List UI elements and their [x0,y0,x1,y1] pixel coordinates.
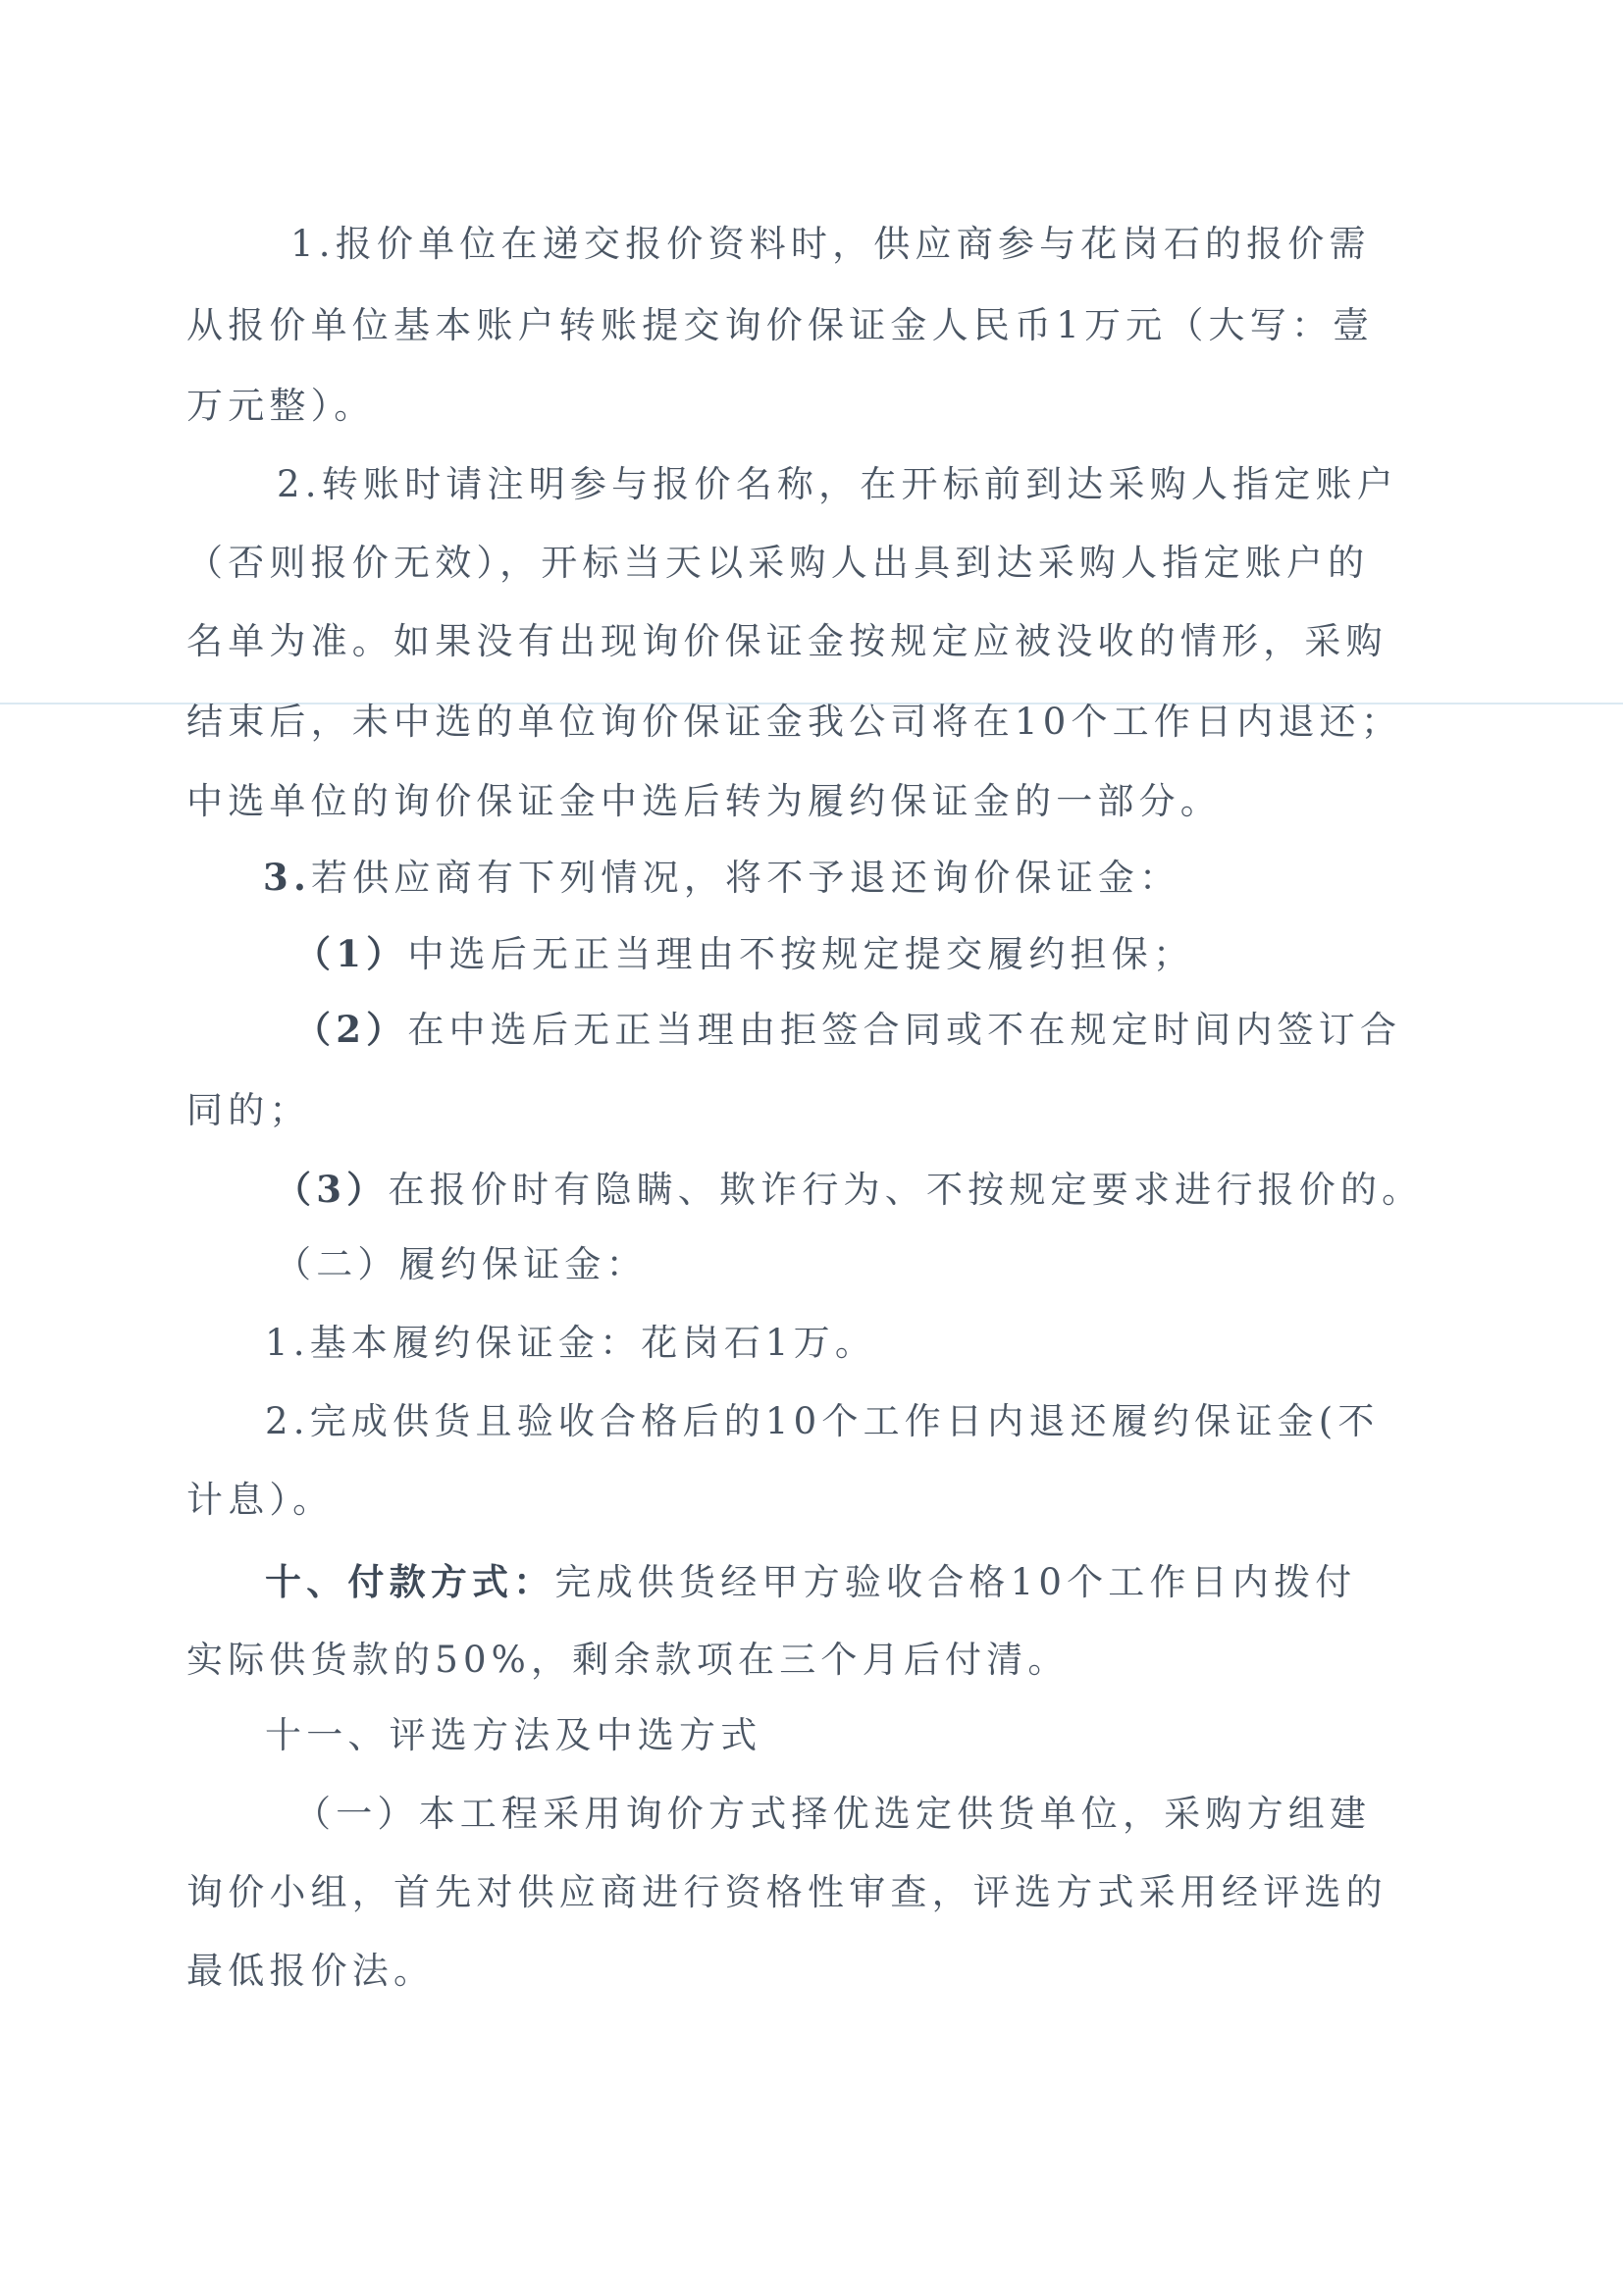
paragraph-line-8: 中选单位的询价保证金中选后转为履约保证金的一部分。 [186,778,1222,825]
section-3-item-1: （1）中选后无正当理由不按规定提交履约担保； [294,930,1194,978]
paragraph-line-6: 名单为准。如果没有出现询价保证金按规定应被没收的情形，采购 [186,618,1387,665]
performance-bond-heading: （二）履约保证金： [275,1241,648,1288]
section-3-item-2: （2）在中选后无正当理由拒签合同或不在规定时间内签订合 [294,1006,1401,1054]
payment-method: 十、付款方式：完成供货经甲方验收合格10个工作日内拨付 [265,1558,1357,1606]
paragraph-line-4: 2.转账时请注明参与报价名称，在开标前到达采购人指定账户 [277,461,1398,508]
performance-bond-item-2: 2.完成供货且验收合格后的10个工作日内退还履约保证金(不 [265,1398,1380,1445]
paragraph-line-7: 结束后，未中选的单位询价保证金我公司将在10个工作日内退还； [186,699,1402,746]
item-1-number: （1） [294,932,407,975]
section-3-item-2-cont: 同的； [186,1087,311,1134]
payment-text-cont: 实际供货款的50%，剩余款项在三个月后付清。 [186,1637,1070,1684]
evaluation-paragraph-line-3: 最低报价法。 [186,1948,435,1995]
paragraph-line-2: 从报价单位基本账户转账提交询价保证金人民币1万元（大写：壹 [186,302,1374,349]
document-page: 1.报价单位在递交报价资料时，供应商参与花岗石的报价需 从报价单位基本账户转账提… [0,0,1623,2296]
section-3-heading: 3.若供应商有下列情况，将不予退还询价保证金： [263,854,1180,902]
performance-bond-item-1: 1.基本履约保证金：花岗石1万。 [265,1320,876,1367]
evaluation-paragraph-line-1: （一）本工程采用询价方式择优选定供货单位，采购方组建 [294,1791,1371,1838]
payment-label: 十、付款方式： [265,1560,554,1603]
item-2-text: 在中选后无正当理由拒签合同或不在规定时间内签订合 [407,1009,1401,1051]
section-3-text: 若供应商有下列情况，将不予退还询价保证金： [311,857,1180,899]
section-3-item-3: （3）在报价时有隐瞒、欺诈行为、不按规定要求进行报价的。 [275,1166,1423,1214]
paragraph-line-3: 万元整）。 [186,383,376,430]
paragraph-line-1: 1.报价单位在递交报价资料时，供应商参与花岗石的报价需 [290,221,1371,268]
paragraph-line-5: （否则报价无效），开标当天以采购人出具到达采购人指定账户的 [186,540,1369,587]
item-3-text: 在报价时有隐瞒、欺诈行为、不按规定要求进行报价的。 [388,1169,1423,1211]
evaluation-heading: 十一、评选方法及中选方式 [265,1712,761,1759]
item-3-number: （3） [275,1168,388,1211]
item-2-number: （2） [294,1008,407,1051]
section-3-number: 3. [263,856,311,899]
payment-text: 完成供货经甲方验收合格10个工作日内拨付 [554,1561,1356,1603]
item-1-text: 中选后无正当理由不按规定提交履约担保； [407,933,1194,975]
performance-bond-item-2-cont: 计息）。 [186,1477,334,1524]
evaluation-paragraph-line-2: 询价小组，首先对供应商进行资格性审查，评选方式采用经评选的 [186,1869,1387,1916]
